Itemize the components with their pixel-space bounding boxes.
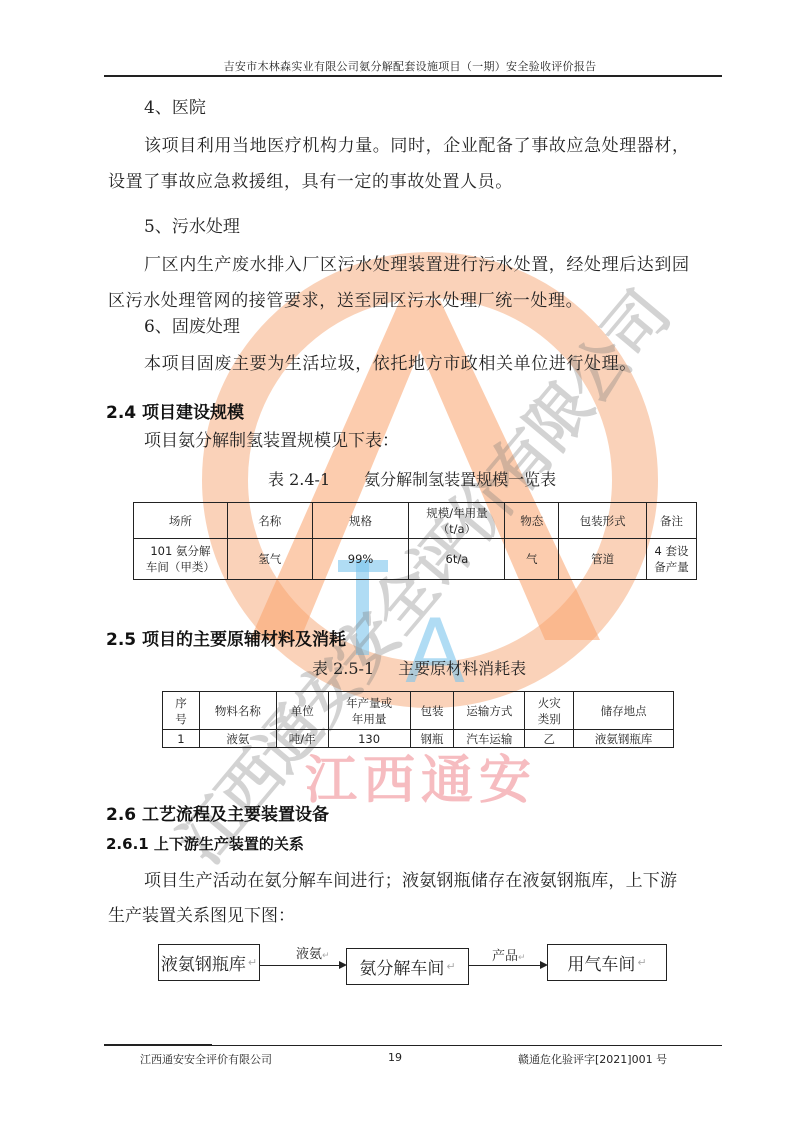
cell-remark-line2: 备产量 [649, 559, 694, 575]
section-solid-waste-para: 本项目固废主要为生活垃圾，依托地方市政相关单位进行处理。 [144, 353, 637, 375]
flow-edge-label-1: 液氨↵ [296, 943, 330, 962]
table-header-cell: 规模/年用量（t/a） [409, 503, 505, 539]
header-divider [104, 75, 722, 77]
header-seq: 序号 [163, 692, 200, 730]
flow-node-label: 用气车间 [567, 950, 635, 975]
cell-remark: 4 套设备产量 [647, 539, 697, 580]
table-header-cell: 备注 [647, 503, 697, 539]
header-seq-line1: 序 [165, 695, 197, 711]
table-caption-number: 表 2.4-1 [268, 470, 330, 489]
section-hospital-heading: 4、医院 [144, 97, 206, 119]
section-2-6-heading: 2.6 工艺流程及主要装置设备 [106, 800, 329, 825]
cell-state: 气 [505, 539, 559, 580]
flow-arrow-2 [468, 965, 546, 966]
header-material: 物料名称 [199, 692, 276, 730]
flow-node-label: 液氨钢瓶库 [161, 950, 246, 975]
header-amount-line2: 年用量 [331, 711, 408, 727]
table-header-row: 序号 物料名称 单位 年产量或年用量 包装 运输方式 火灾类别 储存地点 [163, 692, 674, 730]
paragraph-mark-icon: ↵ [446, 960, 455, 973]
table-row: 1 液氨 吨/年 130 钢瓶 汽车运输 乙 液氨钢瓶库 [163, 730, 674, 748]
cell-packaging: 管道 [559, 539, 647, 580]
table-header-cell: 规格 [312, 503, 409, 539]
table-header-cell: 物态 [505, 503, 559, 539]
cell-scale: 6t/a [409, 539, 505, 580]
header-storage: 储存地点 [574, 692, 674, 730]
cell-location: 101 氨分解车间（甲类） [134, 539, 228, 580]
flow-node-ammonia-storage: 液氨钢瓶库↵ [158, 944, 260, 981]
section-2-6-1-para-line2: 生产装置关系图见下图： [108, 905, 295, 927]
flow-edge-label-2: 产品↵ [492, 945, 526, 964]
table-2-4-1: 场所 名称 规格 规模/年用量（t/a） 物态 包装形式 备注 101 氨分解车… [133, 502, 697, 580]
page-header-title: 吉安市木林森实业有限公司氨分解配套设施项目（一期）安全验收评价报告 [100, 58, 720, 74]
svg-text:A: A [405, 600, 465, 703]
cell-remark-line1: 4 套设 [649, 543, 694, 559]
table-header-cell: 场所 [134, 503, 228, 539]
table-header-cell: 名称 [227, 503, 312, 539]
cell-amount: 130 [328, 730, 410, 748]
document-page: A 江西通安安全评价有限公司 江西通安 吉安市木林森实业有限公司氨分解配套设施项… [0, 0, 800, 1131]
paragraph-mark-icon: ↵ [637, 956, 646, 969]
table-header-cell: 包装形式 [559, 503, 647, 539]
cell-location-line2: 车间（甲类） [136, 559, 225, 575]
table-caption-title: 氨分解制氢装置规模一览表 [364, 470, 556, 489]
footer-page-number: 19 [388, 1051, 402, 1064]
section-2-6-1-heading: 2.6.1 上下游生产装置的关系 [106, 833, 304, 854]
footer-company: 江西通安安全评价有限公司 [140, 1051, 272, 1067]
header-amount: 年产量或年用量 [328, 692, 410, 730]
cell-fire: 乙 [525, 730, 574, 748]
footer-divider-left [104, 1044, 212, 1046]
table-row: 101 氨分解车间（甲类） 氢气 99% 6t/a 气 管道 4 套设备产量 [134, 539, 697, 580]
section-hospital-para-line2: 设置了事故应急救援组，具有一定的事故处置人员。 [108, 171, 513, 193]
footer-doc-number: 赣通危化验评字[2021]001 号 [518, 1051, 667, 1067]
table-header-row: 场所 名称 规格 规模/年用量（t/a） 物态 包装形式 备注 [134, 503, 697, 539]
table-2-5-1: 序号 物料名称 单位 年产量或年用量 包装 运输方式 火灾类别 储存地点 1 液… [162, 691, 674, 748]
cell-package: 钢瓶 [410, 730, 454, 748]
footer-divider [212, 1045, 722, 1046]
header-scale-line1: 规模/年用量 [411, 505, 502, 521]
table-caption-number: 表 2.5-1 [312, 659, 374, 678]
cell-spec: 99% [312, 539, 409, 580]
flow-node-label: 氨分解车间 [359, 954, 444, 979]
paragraph-mark-icon: ↵ [518, 953, 526, 963]
cell-unit: 吨/年 [276, 730, 328, 748]
section-2-4-intro: 项目氨分解制氢装置规模见下表： [144, 430, 399, 452]
edge-label-text: 液氨 [296, 947, 322, 962]
cell-transport: 汽车运输 [454, 730, 525, 748]
section-hospital-para-line1: 该项目利用当地医疗机构力量。同时，企业配备了事故应急处理器材， [144, 135, 690, 157]
section-solid-waste-heading: 6、固废处理 [144, 316, 240, 338]
table-2-4-1-caption: 表 2.4-1氨分解制氢装置规模一览表 [268, 467, 556, 490]
header-unit: 单位 [276, 692, 328, 730]
cell-storage: 液氨钢瓶库 [574, 730, 674, 748]
header-scale-line2: （t/a） [411, 521, 502, 537]
paragraph-mark-icon: ↵ [248, 956, 257, 969]
header-seq-line2: 号 [165, 711, 197, 727]
watermark-red-text: 江西通安 [305, 738, 537, 813]
cell-location-line1: 101 氨分解 [136, 543, 225, 559]
flow-arrow-1 [259, 965, 345, 966]
header-package: 包装 [410, 692, 454, 730]
section-sewage-para-line2: 区污水处理管网的接管要求，送至园区污水处理厂统一处理。 [108, 290, 583, 312]
cell-name: 氢气 [227, 539, 312, 580]
cell-seq: 1 [163, 730, 200, 748]
section-2-4-heading: 2.4 项目建设规模 [106, 398, 244, 423]
header-fire-line2: 类别 [527, 711, 571, 727]
header-transport: 运输方式 [454, 692, 525, 730]
paragraph-mark-icon: ↵ [322, 951, 330, 961]
header-fire-line1: 火灾 [527, 695, 571, 711]
flow-node-ammonia-decomposition: 氨分解车间↵ [346, 948, 469, 985]
section-sewage-heading: 5、污水处理 [144, 216, 240, 238]
table-caption-title: 主要原材料消耗表 [398, 659, 526, 678]
flow-node-gas-workshop: 用气车间↵ [547, 944, 667, 981]
edge-label-text: 产品 [492, 949, 518, 964]
section-sewage-para-line1: 厂区内生产废水排入厂区污水处理装置进行污水处置，经处理后达到园 [144, 254, 690, 276]
section-2-6-1-para-line1: 项目生产活动在氨分解车间进行；液氨钢瓶储存在液氨钢瓶库，上下游 [144, 870, 677, 892]
header-fire: 火灾类别 [525, 692, 574, 730]
table-2-5-1-caption: 表 2.5-1主要原材料消耗表 [312, 656, 526, 679]
section-2-5-heading: 2.5 项目的主要原辅材料及消耗 [106, 625, 346, 650]
header-amount-line1: 年产量或 [331, 695, 408, 711]
cell-material: 液氨 [199, 730, 276, 748]
